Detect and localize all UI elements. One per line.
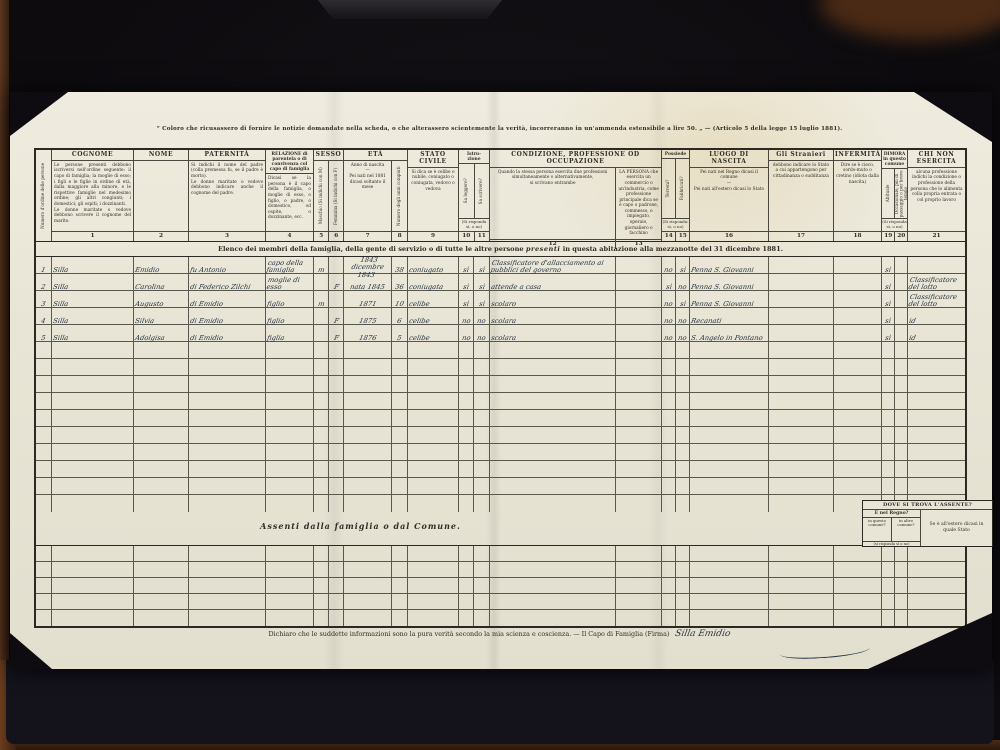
cell (473, 359, 489, 375)
cell (881, 444, 894, 460)
table-row: 5SillaAdolgisadi EmidiofigliaF18765celib… (36, 325, 965, 342)
cell (675, 393, 689, 409)
cell: sì (458, 291, 473, 307)
cell (313, 427, 328, 443)
cell (894, 308, 907, 324)
header-eta-anno-num: 7 (344, 232, 391, 241)
cell (188, 546, 265, 561)
cell (473, 342, 489, 358)
cell (36, 359, 51, 375)
cell (51, 393, 133, 409)
cell (489, 393, 615, 409)
table-row (36, 594, 965, 610)
cell (833, 461, 881, 477)
cell (133, 359, 188, 375)
cell (36, 478, 51, 494)
cell (51, 342, 133, 358)
handwritten-entry: scolara (490, 335, 516, 342)
cell (473, 376, 489, 392)
cell (907, 610, 965, 626)
cell (661, 376, 675, 392)
cell (51, 546, 133, 561)
cell (881, 342, 894, 358)
cell (188, 410, 265, 426)
handwritten-entry: 1875 (358, 318, 377, 325)
cell (689, 444, 768, 460)
cell (343, 578, 391, 593)
cell: coniugata (407, 274, 458, 290)
cell (265, 342, 313, 358)
cell (473, 427, 489, 443)
cell (188, 444, 265, 460)
header-col-relazione: RELAZIONE di parentela o di convivenza c… (265, 150, 313, 241)
cell (36, 376, 51, 392)
cell: 10 (391, 291, 407, 307)
header-paternita-num: 3 (189, 231, 265, 241)
cell (36, 461, 51, 477)
cell (343, 410, 391, 426)
header-sesso-title: SESSO (314, 150, 343, 161)
cell (661, 461, 675, 477)
cell: Classificatore del lotto (907, 274, 965, 290)
cell (473, 610, 489, 626)
cell (265, 444, 313, 460)
handwritten-entry: Carolina (134, 284, 165, 291)
cell (36, 444, 51, 460)
cell: sì (473, 274, 489, 290)
photo-corner-top-right (914, 92, 992, 142)
cell (458, 562, 473, 577)
header-ordine-label: Numero d'ordine delle persone (41, 150, 46, 241)
cell (615, 461, 661, 477)
cell (907, 461, 965, 477)
header-relazione-title: RELAZIONE di parentela o di convivenza c… (266, 150, 313, 174)
cell (615, 393, 661, 409)
cell (768, 257, 833, 273)
cell (313, 308, 328, 324)
cell: no (458, 308, 473, 324)
cell (833, 410, 881, 426)
handwritten-entry: di Emidio (189, 301, 223, 308)
handwritten-entry: 36 (394, 284, 404, 291)
cell: F (328, 325, 343, 341)
cell (328, 427, 343, 443)
cell (343, 376, 391, 392)
header-sesso-maschio: Maschio (Si indichi con M) (314, 161, 328, 231)
handwritten-entry: m (317, 301, 325, 308)
cell (407, 444, 458, 460)
cell (768, 444, 833, 460)
cell (328, 410, 343, 426)
handwritten-entry: di Emidio (189, 318, 223, 325)
cell: Recanati (689, 308, 768, 324)
handwritten-entry: sì (478, 301, 485, 308)
cell (675, 410, 689, 426)
cell: 1871 (343, 291, 391, 307)
cell (328, 461, 343, 477)
cell (391, 578, 407, 593)
header-group-istruzione: Istru- zione Sa leggere? Sa scrivere? (S… (458, 150, 489, 241)
cell (265, 562, 313, 577)
cell (391, 393, 407, 409)
cell (328, 562, 343, 577)
cell (458, 359, 473, 375)
table-row: 2SillaCarolinadi Federico Zilchimoglie d… (36, 274, 965, 291)
handwritten-entry: Classificatore del lotto (908, 277, 966, 292)
cell (328, 257, 343, 273)
absent-box-sub1: in questo comune? (863, 518, 891, 541)
handwritten-entry: 1876 (358, 335, 377, 342)
header-group-condizione: CONDIZIONE, PROFESSIONE OD OCCUPAZIONE Q… (489, 150, 661, 241)
header-chi-title: CHI NON ESERCITA (908, 150, 965, 168)
cell (768, 342, 833, 358)
cell (313, 393, 328, 409)
cell (615, 444, 661, 460)
cell: di Emidio (188, 308, 265, 324)
cell (133, 427, 188, 443)
cell (907, 342, 965, 358)
header-nome-num: 2 (134, 231, 188, 241)
cell (313, 325, 328, 341)
cell (689, 610, 768, 626)
cell (265, 461, 313, 477)
cell (391, 427, 407, 443)
cell (328, 546, 343, 561)
cell (689, 478, 768, 494)
cell (391, 594, 407, 609)
handwritten-entry: no (664, 267, 674, 274)
cell: celibe (407, 308, 458, 324)
header-condizione-due-desc: Quando la stessa persona esercita due pr… (490, 168, 615, 239)
cell (489, 359, 615, 375)
cell (458, 427, 473, 443)
cell: S. Angelo in Pontano (689, 325, 768, 341)
cell (489, 610, 615, 626)
cell (615, 308, 661, 324)
cell (833, 325, 881, 341)
header-infermita-title: INFERMITÀ (834, 150, 881, 161)
cell (343, 342, 391, 358)
cell: Penna S. Giovanni (689, 291, 768, 307)
header-col-stato-civile: STATO CIVILE Si dica se è celibe o nubil… (407, 150, 458, 241)
cell (313, 410, 328, 426)
cell (343, 393, 391, 409)
cell (343, 359, 391, 375)
cell (768, 461, 833, 477)
cell (133, 393, 188, 409)
handwritten-entry: Silla (52, 301, 69, 308)
cell (188, 610, 265, 626)
cell (265, 410, 313, 426)
cell (51, 594, 133, 609)
cell: sì (458, 257, 473, 273)
header-col-chi-non-esercita: CHI NON ESERCITA alcuna professione indi… (907, 150, 965, 241)
header-col-infermita: INFERMITÀ Dire se è cieco, sordo-muto o … (833, 150, 881, 241)
header-infermita-num: 18 (834, 231, 881, 241)
cell: di Emidio (188, 325, 265, 341)
cell: 4 (36, 308, 51, 324)
cell (768, 376, 833, 392)
cell (391, 495, 407, 512)
cell: Silla (51, 291, 133, 307)
cell (36, 594, 51, 609)
cell (675, 610, 689, 626)
wood-table-edge-left (0, 0, 9, 750)
cell: Penna S. Giovanni (689, 274, 768, 290)
header-sesso-f-label: Femmina (Si indichi con F) (334, 161, 339, 231)
handwritten-entry: no (678, 335, 688, 342)
cell (894, 376, 907, 392)
cell (894, 594, 907, 609)
cell (458, 495, 473, 512)
cell (615, 257, 661, 273)
cell (615, 359, 661, 375)
cell (689, 376, 768, 392)
cell (188, 478, 265, 494)
census-table: Numero d'ordine delle persone COGNOME Le… (34, 148, 967, 628)
cell (407, 495, 458, 512)
cell (833, 546, 881, 561)
cell (615, 274, 661, 290)
cell (675, 562, 689, 577)
handwritten-entry: sì (478, 284, 485, 291)
cell (615, 562, 661, 577)
header-eta-title: ETÀ (344, 150, 407, 161)
assenti-rows (36, 546, 965, 626)
cell (265, 578, 313, 593)
cell (768, 478, 833, 494)
cell: 38 (391, 257, 407, 273)
cell (188, 562, 265, 577)
header-istruzione-note: (Si risponda sì, o no) (459, 218, 489, 231)
cell (661, 562, 675, 577)
cell (833, 610, 881, 626)
cell: no (661, 325, 675, 341)
absent-box-note: (si risponda sì o no) (863, 541, 920, 546)
cell (768, 291, 833, 307)
cell: sì (881, 325, 894, 341)
cell: fu Antonio (188, 257, 265, 273)
header-dimora-title: DIMORA in questo comune (882, 150, 907, 169)
cell (473, 578, 489, 593)
cell (768, 274, 833, 290)
cell: celibe (407, 291, 458, 307)
presenti-caption-pre: Elenco dei membri della famiglia, della … (218, 245, 526, 253)
cell (328, 342, 343, 358)
cell (188, 376, 265, 392)
cell (343, 427, 391, 443)
cell (489, 594, 615, 609)
cell (313, 376, 328, 392)
cell (51, 376, 133, 392)
header-group-sesso: SESSO Maschio (Si indichi con M) Femmina… (313, 150, 343, 241)
cell (343, 610, 391, 626)
header-stranieri-desc: debbono indicare lo Stato a cui apparten… (769, 161, 833, 231)
cell: 36 (391, 274, 407, 290)
table-row (36, 444, 965, 461)
cell (689, 342, 768, 358)
cell (265, 393, 313, 409)
cell (881, 478, 894, 494)
cell (894, 325, 907, 341)
cell (328, 495, 343, 512)
cell (36, 562, 51, 577)
cell: Silla (51, 308, 133, 324)
handwritten-entry: 38 (394, 267, 404, 274)
cell: no (473, 325, 489, 341)
cell (391, 342, 407, 358)
cell (188, 393, 265, 409)
cell (407, 594, 458, 609)
cell (458, 594, 473, 609)
cell: 3 (36, 291, 51, 307)
header-possiede-fabbricati: Fabbricati? (675, 159, 689, 218)
cell (391, 610, 407, 626)
cell: scolara (489, 308, 615, 324)
header-paternita-title: PATERNITÀ (189, 150, 265, 161)
cell (489, 495, 615, 512)
cell (328, 393, 343, 409)
header-condizione-persona-desc: LA PERSONA che esercita un commercio o u… (616, 168, 661, 239)
cell: 1843 dicembre 1843 (343, 257, 391, 273)
header-group-eta: ETÀ Anno di nascita — Pei nati nel 1881 … (343, 150, 407, 241)
cell (265, 546, 313, 561)
cell (907, 427, 965, 443)
header-fabbricati-label: Fabbricati? (680, 159, 685, 218)
cell (313, 546, 328, 561)
table-row (36, 610, 965, 626)
cell (689, 546, 768, 561)
cell (188, 342, 265, 358)
cell (51, 427, 133, 443)
cell (391, 478, 407, 494)
table-row (36, 393, 965, 410)
cell: figlio (265, 308, 313, 324)
cell (51, 578, 133, 593)
cell: scolaro (489, 291, 615, 307)
cell (328, 610, 343, 626)
cell (833, 308, 881, 324)
cell: moglie di esso (265, 274, 313, 290)
cell (458, 393, 473, 409)
header-condizione-due: Quando la stessa persona esercita due pr… (490, 168, 615, 239)
header-group-possiede: Possiede Terreni? Fabbricati? (Si rispon… (661, 150, 689, 241)
header-legge-label: Sa leggere? (464, 164, 469, 218)
header-occasionale-label: Occasionale, più di passaggio o per brev… (895, 169, 909, 218)
cell (51, 444, 133, 460)
cell (768, 325, 833, 341)
cell: m (313, 257, 328, 273)
table-row (36, 427, 965, 444)
cell: scolara (489, 325, 615, 341)
cell (833, 291, 881, 307)
handwritten-entry: attende a casa (490, 284, 542, 291)
cell: coniugato (407, 257, 458, 273)
cell (328, 359, 343, 375)
cell (313, 342, 328, 358)
cell (833, 444, 881, 460)
header-istruzione-title: Istru- zione (459, 150, 489, 164)
cell (768, 546, 833, 561)
header-eta-anni-num: 8 (391, 232, 407, 241)
cell (133, 578, 188, 593)
cell (907, 393, 965, 409)
cell (343, 461, 391, 477)
header-fabbricati-num: 15 (675, 232, 689, 241)
header-col-cognome: COGNOME Le persone presenti debbono iscr… (51, 150, 133, 241)
cell: sì (661, 274, 675, 290)
cell (833, 274, 881, 290)
header-dimora-abituale: Abituale (882, 169, 894, 218)
cell (833, 427, 881, 443)
handwritten-entry: Silla (52, 284, 69, 291)
cell: celibe (407, 325, 458, 341)
cell (894, 257, 907, 273)
handwritten-entry: F (333, 335, 339, 342)
cell (675, 495, 689, 512)
cell (473, 393, 489, 409)
header-legge-num: 10 (459, 232, 474, 241)
table-row: 3SillaAugustodi Emidiofigliom187110celib… (36, 291, 965, 308)
table-row (36, 546, 965, 562)
header-col-stranieri: Gli Stranieri debbono indicare lo Stato … (768, 150, 833, 241)
cell (615, 291, 661, 307)
cell (615, 495, 661, 512)
cell (907, 359, 965, 375)
absent-box-estero: Se è all'estero dicasi in quale Stato (921, 510, 992, 546)
cell (615, 342, 661, 358)
cell (833, 578, 881, 593)
cell: sì (675, 291, 689, 307)
cell (661, 546, 675, 561)
cell (675, 594, 689, 609)
cell (328, 478, 343, 494)
cell (473, 546, 489, 561)
cell (881, 461, 894, 477)
cell (51, 478, 133, 494)
handwritten-entry: fu Antonio (189, 267, 226, 274)
header-dimora-note: (Si risponda sì, o no) (882, 218, 907, 231)
header-eta-anni: Numero degli anni compiuti (391, 161, 407, 231)
handwritten-entry: nata 1845 (349, 284, 385, 291)
cell (894, 359, 907, 375)
handwritten-entry: celibe (408, 301, 430, 308)
cell: capo della famiglia (265, 257, 313, 273)
cell (458, 610, 473, 626)
cell (265, 478, 313, 494)
absent-box-title: DOVE SI TROVA L'ASSENTE? (863, 501, 992, 510)
handwritten-entry: no (477, 318, 487, 325)
handwritten-entry: Classificatore d'allacciamento ai pubbli… (490, 260, 616, 275)
header-condizione-persona: LA PERSONA che esercita un commercio o u… (615, 168, 661, 239)
cell (907, 444, 965, 460)
cell: sì (881, 291, 894, 307)
cell: no (675, 274, 689, 290)
cell (907, 257, 965, 273)
signature-flourish (780, 642, 871, 661)
header-istruzione-legge: Sa leggere? (459, 164, 474, 218)
handwritten-entry: no (477, 335, 487, 342)
absent-box-regno: È nel Regno? in questo comune? in altro … (863, 510, 921, 546)
cell (615, 410, 661, 426)
cell (894, 562, 907, 577)
cell: Emidio (133, 257, 188, 273)
cell (894, 393, 907, 409)
cell (907, 578, 965, 593)
cell: no (661, 257, 675, 273)
cell (133, 495, 188, 512)
cell (768, 562, 833, 577)
